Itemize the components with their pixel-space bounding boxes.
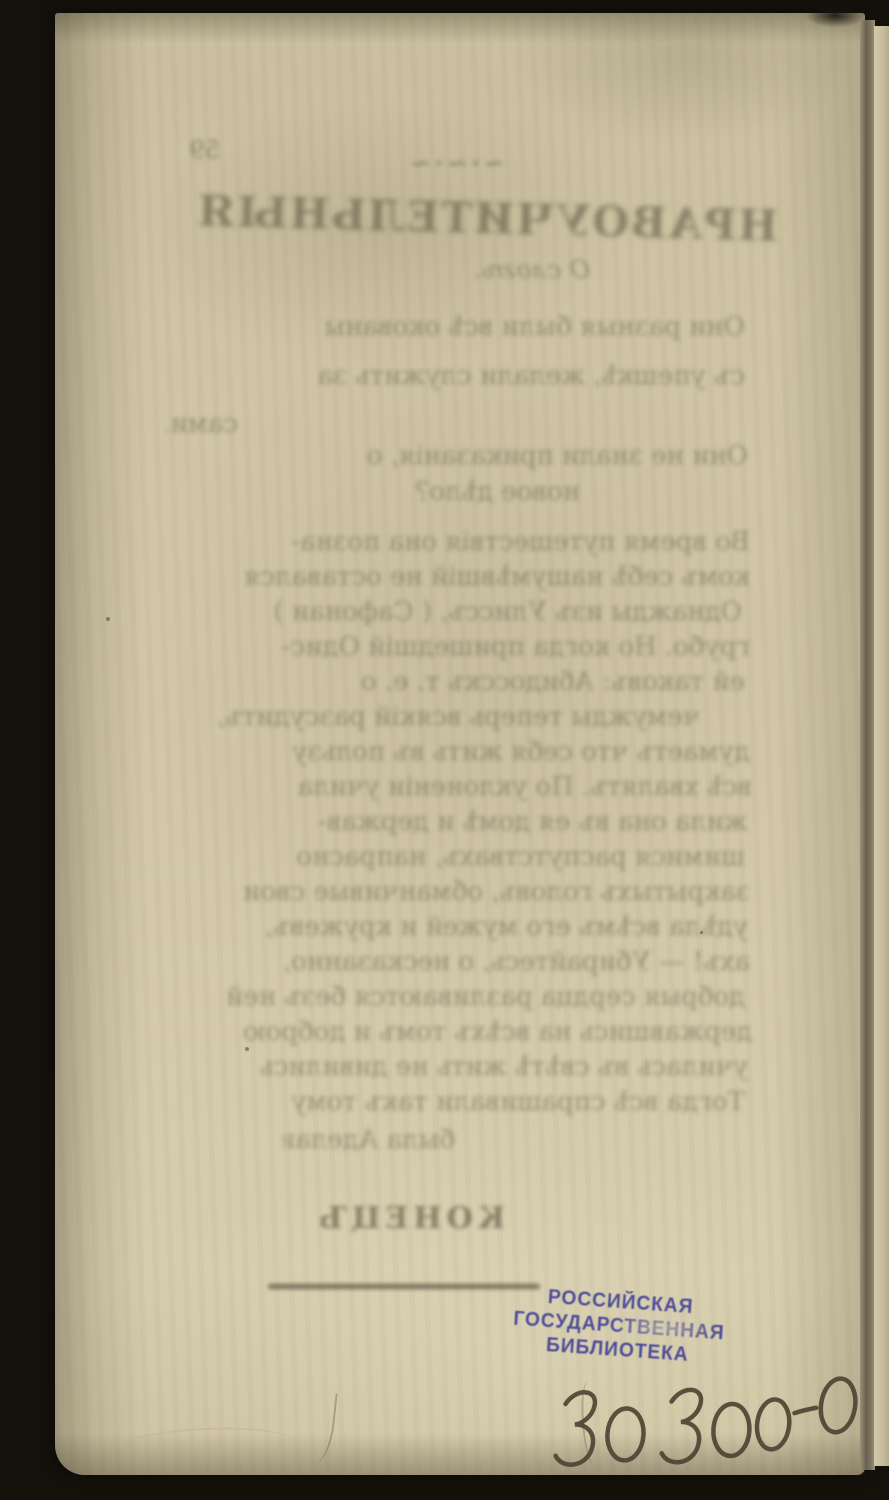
bleedthrough-line: училась въ свѣтѣ жить не дивились [170,1053,748,1082]
bleedthrough-line: ей таковъ: Абидосскъ т. е. о [170,668,745,697]
bleedthrough-line: новое дѣло? [380,478,580,507]
library-stamp: РОССИЙСКАЯ ГОСУДАРСТВЕННАЯ БИБЛИОТЕКА [506,1282,732,1369]
bleedthrough-line: Они разныя были всѣ окованы [222,313,745,342]
bleedthrough-line: сами. [166,410,238,439]
bleedthrough-title: НРАВОУЧИТЕЛЬНЫЯ СКАЗКИ [192,188,778,249]
bleedthrough-line: комъ себѣ нашумѣвшій не оставался [170,563,750,592]
bleedthrough-line: съ упешкѣ, желали служить за [170,362,745,391]
bleedthrough-line: Они не знали приказанія, о [222,442,748,471]
bleedthrough-line: всѣ хвалятъ. По уклоненіи учила [170,773,752,802]
bleedthrough-line: шимися распутствахъ, напрасно [170,843,745,872]
bleedthrough-line: ахъ! — Убирайтесь, о несказанно, [170,948,750,977]
bleedthrough-line: Тогда всѣ спрашивали такъ тому [170,1088,745,1117]
bleedthrough-page-number: 59 [184,137,220,163]
paper-speck [245,1047,249,1051]
bleedthrough-line: думаетъ что себя жить въ пользу [170,738,750,767]
bleedthrough-line: закрытыхъ головъ, обманчивые свои [170,878,750,907]
book-scan: { "library_stamp": { "lines": ["РОССИЙСК… [0,0,889,1500]
bleedthrough-line: Однажды изъ Улиссъ, ( Сафонаи ) [170,598,742,627]
gutter-shadow [55,13,145,1475]
bleedthrough-line: добрыя сердца разливаются безъ ней [170,983,745,1012]
page-bleedthrough-layer: 59 ~·~·~ НРАВОУЧИТЕЛЬНЫЯ СКАЗКИ О слогѣ.… [55,13,865,1475]
bleedthrough-rule [268,1284,540,1289]
corner-smudge [795,2,875,36]
page-edge-line [860,20,875,1470]
top-edge-shadow [55,13,865,43]
bleedthrough-line: была Аделаида воспитана! [283,1126,455,1155]
paper-speck [106,617,110,621]
bleedthrough-subtitle: О слогѣ. [468,256,590,284]
bleedthrough-line: жила она въ ея домѣ и держав- [170,808,748,837]
underlying-page-stack [874,26,889,1466]
inventory-number-digits [530,1362,866,1487]
bleedthrough-line: удѣла всѣмъ его мужей и кружевъ, [170,913,748,942]
bleedthrough-line: чемужды теперь всякій разсудитъ, [178,703,700,732]
bleedthrough-line: державшись на всѣхъ томъ и доброю [170,1018,752,1047]
bleedthrough-ending: КОНЕЦЪ. [321,1202,505,1235]
paper-speck [700,931,703,934]
bleedthrough-ornament: ~·~·~ [393,150,505,179]
bleedthrough-line: грубо. Но когда пришедшій Одис- [170,633,750,662]
right-inner-shade [775,13,865,1475]
bleedthrough-line: Во время путешествія она позна- [212,528,750,557]
inventory-number-handwriting: 30300-0 [530,1362,866,1487]
